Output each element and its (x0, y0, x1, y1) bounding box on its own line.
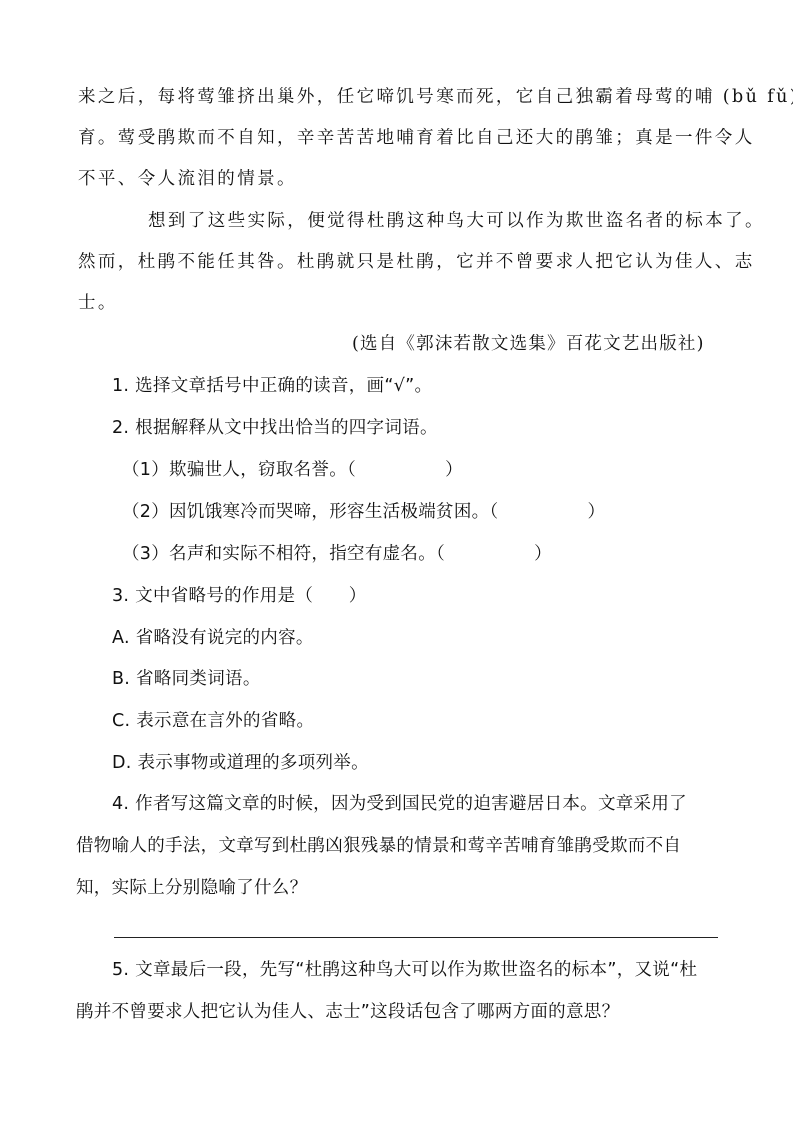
question-3-option-b: B. 省略同类词语。 (112, 668, 261, 690)
source-citation: (选自《郭沫若散文选集》百花文艺出版社) (352, 333, 705, 355)
question-2-item: （2）因饥饿寒冷而哭啼，形容生活极端贫困。（ ） (122, 501, 605, 523)
question-1: 1. 选择文章括号中正确的读音，画“√”。 (112, 375, 432, 397)
question-3-option-a: A. 省略没有说完的内容。 (112, 627, 314, 649)
question-2-item: （1）欺骗世人，窃取名誉。（ ） (122, 459, 463, 481)
passage-line: 想到了这些实际，便觉得杜鹃这种鸟大可以作为欺世盗名者的标本了。 (148, 210, 765, 232)
question-3-option-d: D. 表示事物或道理的多项列举。 (112, 752, 369, 774)
question-5-line: 鹃并不曾要求人把它认为佳人、志士”这段话包含了哪两方面的意思？ (76, 1001, 619, 1023)
passage-line: 来之后，每将莺雏挤出巢外，任它啼饥号寒而死，它自己独霸着母莺的哺 (bǔ fǔ) (78, 86, 793, 108)
question-3-option-c: C. 表示意在言外的省略。 (112, 710, 314, 732)
question-4-line: 知，实际上分别隐喻了什么？ (76, 877, 307, 899)
question-4-line: 借物喻人的手法，文章写到杜鹃凶狠残暴的情景和莺辛苦哺育雏鹃受欺而不自 (76, 835, 681, 857)
question-3: 3. 文中省略号的作用是（ ） (112, 585, 367, 607)
passage-line: 不平、令人流泪的情景。 (78, 168, 297, 190)
question-4-line: 4. 作者写这篇文章的时候，因为受到国民党的迫害避居日本。文章采用了 (112, 793, 687, 815)
question-5-line: 5. 文章最后一段，先写“杜鹃这种鸟大可以作为欺世盗名的标本”，又说“杜 (112, 959, 697, 981)
passage-line: 育。莺受鹃欺而不自知，辛辛苦苦地哺育着比自己还大的鹃雏；真是一件令人 (78, 127, 755, 149)
question-2-item: （3）名声和实际不相符，指空有虚名。（ ） (122, 543, 552, 565)
passage-line: 然而，杜鹃不能任其咎。杜鹃就只是杜鹃，它并不曾要求人把它认为佳人、志 (78, 251, 755, 273)
answer-line (114, 937, 718, 938)
question-2: 2. 根据解释从文中找出恰当的四字词语。 (112, 417, 438, 439)
passage-line: 士。 (78, 292, 118, 314)
